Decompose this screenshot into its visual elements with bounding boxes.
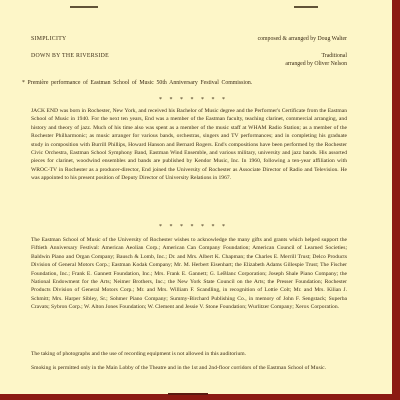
piece-credit-line: arranged by Oliver Nelson [285,61,347,67]
piece-title: DOWN BY THE RIVERSIDE [31,52,109,69]
separator-stars: * * * * * * * [0,223,384,231]
piece-credit: Traditional arranged by Oliver Nelson [285,52,347,69]
piece-credit: composed & arranged by Doug Walter [258,35,347,43]
program-page: SIMPLICITY composed & arranged by Doug W… [0,0,392,394]
premiere-footnote: * Première performance of Eastman School… [22,79,252,87]
photography-notice: The taking of photographs and the use of… [31,350,347,358]
piece-credit-line: Traditional [321,53,347,59]
piece-title: SIMPLICITY [31,35,67,43]
print-mark-left [70,6,98,8]
acknowledgement-paragraph: The Eastman School of Music of the Unive… [31,236,347,312]
program-item-simplicity: SIMPLICITY composed & arranged by Doug W… [31,35,347,43]
binding-mark [168,393,208,395]
program-item-riverside: DOWN BY THE RIVERSIDE Traditional arrang… [31,52,347,69]
composer-bio: JACK END was born in Rochester, New York… [31,107,347,183]
separator-stars: * * * * * * * [0,96,384,104]
smoking-notice: Smoking is permitted only in the Main Lo… [31,364,347,372]
print-mark-right [294,6,318,8]
